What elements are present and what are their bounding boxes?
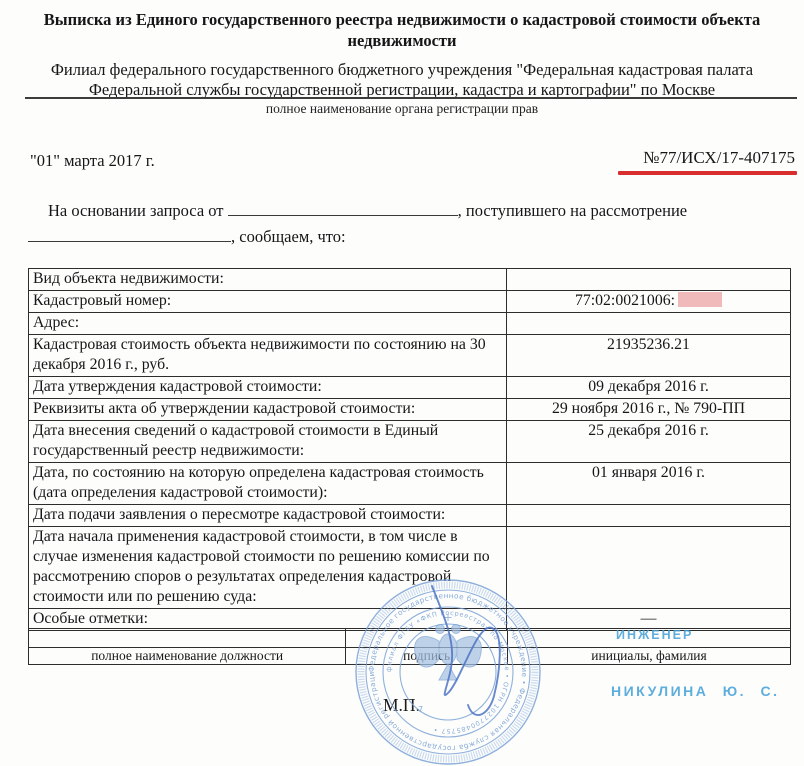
table-row: Дата подачи заявления о пересмотре кадас… bbox=[29, 505, 791, 527]
row-value bbox=[506, 505, 790, 527]
row-label: Дата подачи заявления о пересмотре кадас… bbox=[29, 505, 507, 527]
row-label: Кадастровый номер: bbox=[29, 291, 507, 313]
document-date: "01" марта 2017 г. bbox=[30, 151, 155, 171]
table-row: Кадастровый номер: 77:02:0021006: bbox=[29, 291, 791, 313]
row-value: 29 ноября 2016 г., № 790-ПП bbox=[506, 399, 790, 421]
redaction-box bbox=[678, 292, 722, 307]
blank-line-2 bbox=[28, 239, 231, 242]
request-prefix: На основании запроса от bbox=[28, 201, 224, 220]
document-title: Выписка из Единого государственного реес… bbox=[40, 9, 764, 51]
row-label: Дата, по состоянию на которую определена… bbox=[29, 463, 507, 505]
table-row: Дата утверждения кадастровой стоимости: … bbox=[29, 377, 791, 399]
organization-underline bbox=[25, 97, 797, 99]
row-label: Дата утверждения кадастровой стоимости: bbox=[29, 377, 507, 399]
document-scan: Выписка из Единого государственного реес… bbox=[0, 0, 804, 766]
table-row: Вид объекта недвижимости: bbox=[29, 269, 791, 291]
row-value: 09 декабря 2016 г. bbox=[506, 377, 790, 399]
row-label: Реквизиты акта об утверждении кадастрово… bbox=[29, 399, 507, 421]
row-value: 21935236.21 bbox=[506, 335, 790, 377]
request-middle: , поступившего на рассмотрение bbox=[458, 201, 687, 220]
label-position-column: полное наименование должности bbox=[29, 648, 346, 665]
request-paragraph: На основании запроса от , поступившего н… bbox=[28, 198, 728, 250]
row-label: Адрес: bbox=[29, 313, 507, 335]
request-suffix: , сообщаем, что: bbox=[231, 227, 346, 246]
position-stamp-text: Инженер bbox=[616, 628, 693, 642]
table-row: Адрес: bbox=[29, 313, 791, 335]
number-red-underline bbox=[618, 171, 797, 175]
row-value: 77:02:0021006: bbox=[506, 291, 790, 313]
row-value bbox=[506, 269, 790, 291]
stamp-center-number: 7 bbox=[418, 705, 423, 714]
name-stamp-text: Никулина Ю. С. bbox=[611, 683, 779, 699]
table-row: Кадастровая стоимость объекта недвижимос… bbox=[29, 335, 791, 377]
document-number: №77/ИСХ/17-407175 bbox=[605, 148, 795, 168]
row-value bbox=[506, 313, 790, 335]
round-stamp: Федеральное государственное бюджетное уч… bbox=[328, 577, 568, 766]
row-value: 01 января 2016 г. bbox=[506, 463, 790, 505]
row-label: Вид объекта недвижимости: bbox=[29, 269, 507, 291]
row-value: 25 декабря 2016 г. bbox=[506, 421, 790, 463]
row-label: Дата внесения сведений о кадастровой сто… bbox=[29, 421, 507, 463]
table-row: Дата, по состоянию на которую определена… bbox=[29, 463, 791, 505]
table-row: Дата внесения сведений о кадастровой сто… bbox=[29, 421, 791, 463]
organization-name: Филиал федерального государственного бюд… bbox=[34, 60, 770, 100]
table-row: Реквизиты акта об утверждении кадастрово… bbox=[29, 399, 791, 421]
row-label: Кадастровая стоимость объекта недвижимос… bbox=[29, 335, 507, 377]
organization-caption: полное наименование органа регистрации п… bbox=[0, 101, 804, 117]
blank-line-1 bbox=[228, 213, 458, 216]
